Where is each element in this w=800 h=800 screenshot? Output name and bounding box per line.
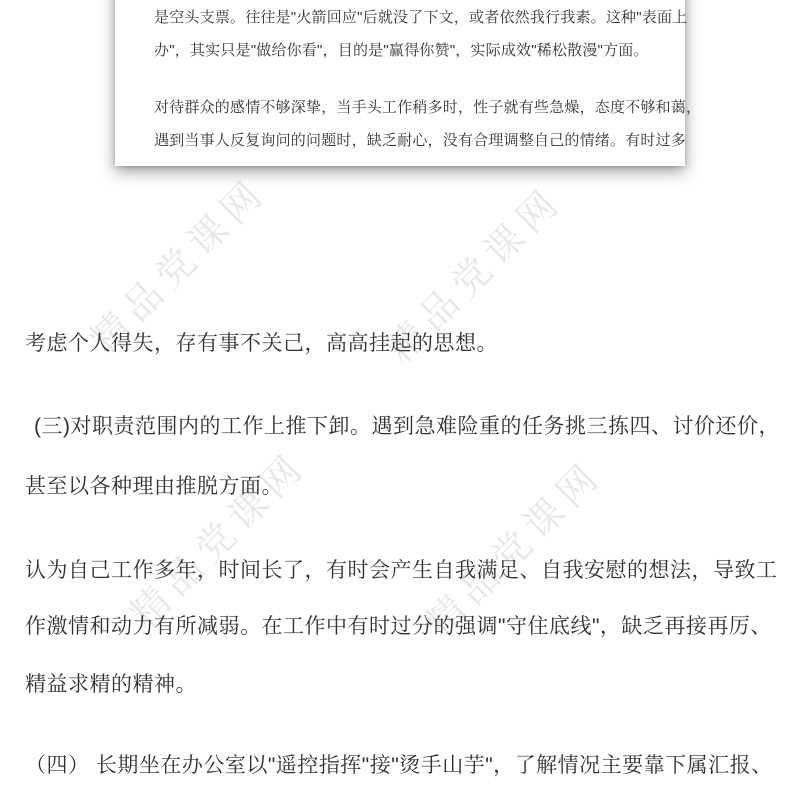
card-text-line: 对待群众的感情不够深挚，当手头工作稍多时，性子就有些急燥，态度不够和蔼， (154, 98, 701, 118)
body-text-line: 甚至以各种理由推脱方面。 (25, 474, 283, 500)
body-text-line: 认为自己工作多年，时间长了，有时会产生自我满足、自我安慰的想法，导致工 (25, 558, 778, 584)
body-text-line: 精益求精的精神。 (25, 672, 197, 698)
card-text-line: 遇到当事人反复询问的问题时，缺乏耐心，没有合理调整自己的情绪。有时过多 (154, 131, 686, 151)
page-preview-card: 是空头支票。往往是"火箭回应"后就没了下文，或者依然我行我素。这种"表面上 办"… (115, 0, 685, 166)
document-page: 精品党课网 精品党课网 精品党课网 精品党课网 是空头支票。往往是"火箭回应"后… (0, 0, 800, 800)
body-text-line: （四） 长期坐在办公室以"遥控指挥"接"烫手山芋"，了解情况主要靠下属汇报、 (25, 753, 773, 779)
watermark-text: 精品党课网 (115, 436, 317, 638)
body-text-line: 作激情和动力有所减弱。在工作中有时过分的强调"守住底线"，缺乏再接再厉、 (25, 614, 772, 640)
body-text-line: 考虑个人得失，存有事不关己，高高挂起的思想。 (25, 331, 498, 357)
card-text-line: 办"，其实只是"做给你看"，目的是"赢得你赞"，实际成效"稀松散漫"方面。 (154, 41, 649, 61)
card-text-line: 是空头支票。往往是"火箭回应"后就没了下文，或者依然我行我素。这种"表面上 (154, 8, 687, 28)
body-text-line: (三)对职责范围内的工作上推下卸。遇到急难险重的任务挑三拣四、讨价还价， (34, 414, 780, 440)
